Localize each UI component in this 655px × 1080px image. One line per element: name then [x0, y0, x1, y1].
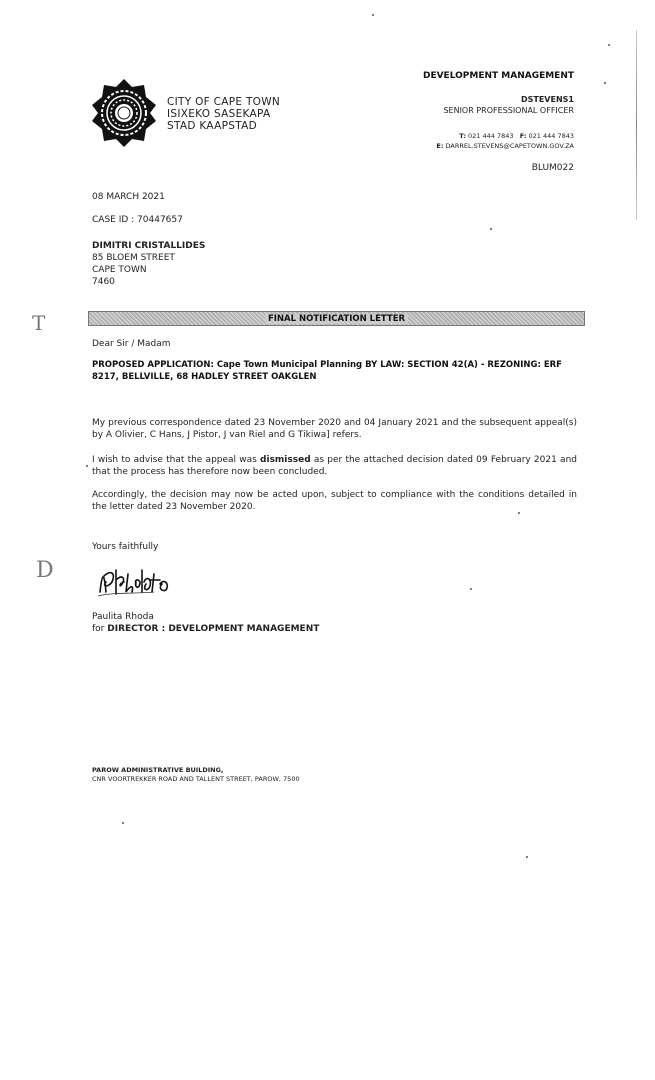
officer-title: SENIOR PROFESSIONAL OFFICER [443, 105, 574, 116]
email-address: DARREL.STEVENS@CAPETOWN.GOV.ZA [446, 142, 574, 150]
footer-street: CNR VOORTREKKER ROAD AND TALLENT STREET,… [92, 775, 300, 784]
subject-line: PROPOSED APPLICATION: Cape Town Municipa… [92, 359, 572, 383]
case-id: CASE ID : 70447657 [92, 215, 183, 225]
reference-code: BLUM022 [532, 163, 574, 173]
department-heading: DEVELOPMENT MANAGEMENT [423, 71, 574, 81]
scan-speck [372, 14, 374, 16]
scan-speck [86, 465, 88, 467]
signer-role-line: for DIRECTOR : DEVELOPMENT MANAGEMENT [92, 624, 319, 636]
footer-building: PAROW ADMINISTRATIVE BUILDING, [92, 766, 300, 775]
recipient-address: DIMITRI CRISTALLIDES 85 BLOEM STREET CAP… [92, 240, 205, 288]
fax-label: F: [520, 132, 527, 140]
email-line: E: DARREL.STEVENS@CAPETOWN.GOV.ZA [436, 141, 574, 151]
letter-date: 08 MARCH 2021 [92, 192, 165, 202]
phone-label: T: [459, 132, 466, 140]
signer-name: Paulita Rhoda [92, 612, 319, 624]
banner-title: FINAL NOTIFICATION LETTER [265, 314, 408, 324]
phone-fax-line: T: 021 444 7843 F: 021 444 7843 [436, 131, 574, 141]
scan-speck [518, 512, 520, 514]
closing: Yours faithfully [92, 542, 158, 552]
signature [94, 562, 194, 602]
recipient-name: DIMITRI CRISTALLIDES [92, 240, 205, 252]
signer-for: for [92, 624, 104, 634]
org-name-xhosa: ISIXEKO SASEKAPA [167, 108, 280, 120]
dismissed-emphasis: dismissed [260, 455, 311, 465]
scan-edge-line [636, 30, 637, 220]
officer-block: DSTEVENS1 SENIOR PROFESSIONAL OFFICER [443, 94, 574, 116]
signer-role: DIRECTOR : DEVELOPMENT MANAGEMENT [107, 624, 319, 634]
recipient-city: CAPE TOWN [92, 264, 205, 276]
margin-mark-t: T [32, 311, 45, 335]
recipient-postal-code: 7460 [92, 276, 205, 288]
email-label: E: [436, 142, 443, 150]
scan-speck [604, 82, 606, 84]
contact-block: T: 021 444 7843 F: 021 444 7843 E: DARRE… [436, 131, 574, 151]
salutation: Dear Sir / Madam [92, 339, 171, 349]
footer-address: PAROW ADMINISTRATIVE BUILDING, CNR VOORT… [92, 766, 300, 784]
scan-speck [608, 44, 610, 46]
margin-mark-d: D [36, 558, 54, 583]
paragraph-appeal-dismissed: I wish to advise that the appeal was dis… [92, 455, 577, 478]
paragraph-previous-correspondence: My previous correspondence dated 23 Nove… [92, 418, 577, 441]
paragraph-text: I wish to advise that the appeal was [92, 455, 260, 465]
org-name-afrikaans: STAD KAAPSTAD [167, 120, 280, 132]
fax-number: 021 444 7843 [529, 132, 575, 140]
signer-block: Paulita Rhoda for DIRECTOR : DEVELOPMENT… [92, 612, 319, 635]
officer-id: DSTEVENS1 [443, 94, 574, 105]
paragraph-conditions: Accordingly, the decision may now be act… [92, 490, 577, 513]
recipient-street: 85 BLOEM STREET [92, 252, 205, 264]
signature-icon [94, 562, 194, 602]
city-logo [88, 77, 160, 149]
scan-speck [490, 228, 492, 230]
scan-speck [526, 856, 528, 858]
phone-number: 021 444 7843 [468, 132, 514, 140]
scan-speck [122, 822, 124, 824]
final-notification-banner: FINAL NOTIFICATION LETTER [88, 311, 585, 326]
scan-speck [470, 588, 472, 590]
city-emblem-icon [88, 77, 160, 149]
org-name-english: CITY OF CAPE TOWN [167, 96, 280, 108]
organization-name: CITY OF CAPE TOWN ISIXEKO SASEKAPA STAD … [167, 96, 280, 132]
